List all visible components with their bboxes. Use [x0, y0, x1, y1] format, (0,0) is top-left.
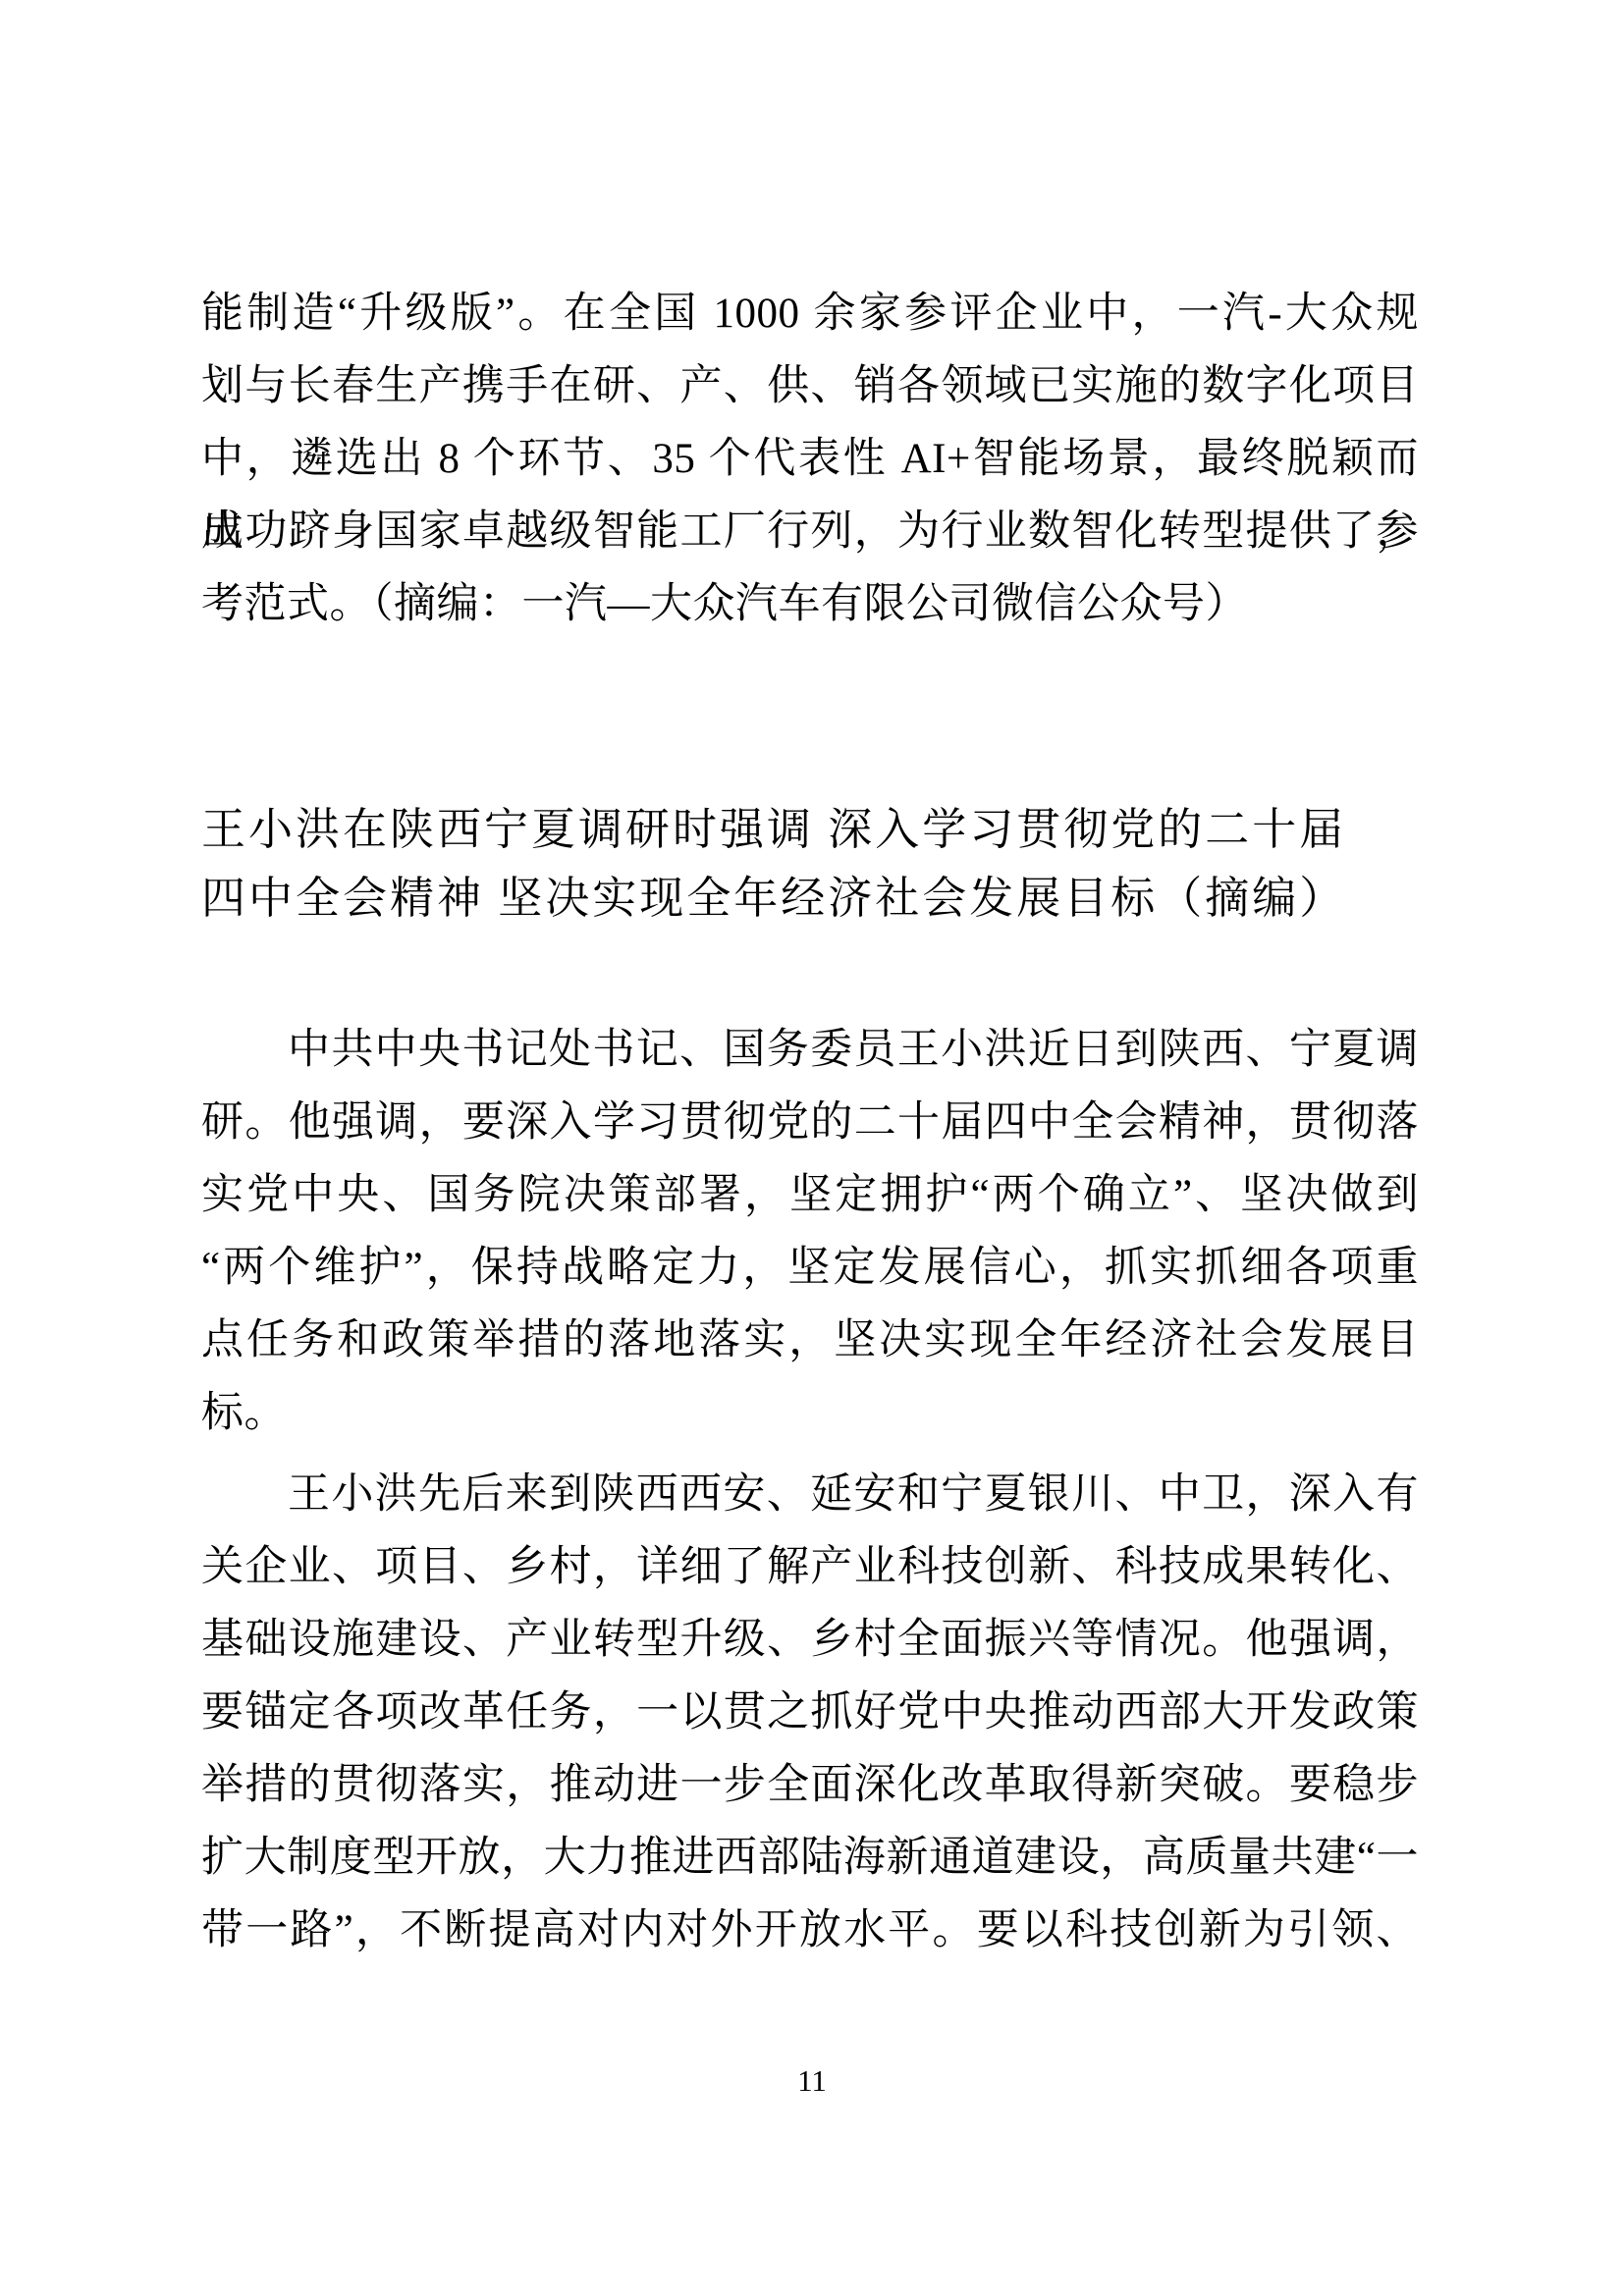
- text-line: 基础设施建设、产业转型升级、乡村全面振兴等情况。他强调，: [201, 1604, 1419, 1677]
- text-line: 研。他强调，要深入学习贯彻党的二十届四中全会精神，贯彻落: [201, 1087, 1419, 1159]
- page-number: 11: [0, 2059, 1624, 2103]
- paragraph-body-2: 王小洪先后来到陕西西安、延安和宁夏银川、中卫，深入有 关企业、项目、乡村，详细了…: [201, 1459, 1419, 1967]
- text-line: 举措的贯彻落实，推动进一步全面深化改革取得新突破。要稳步: [201, 1749, 1419, 1822]
- text-line: 标。: [201, 1377, 1419, 1450]
- paragraph-continuation: 能制造“升级版”。在全国 1000 余家参评企业中，一汽-大众规 划与长春生产携…: [201, 278, 1419, 641]
- text-line: 王小洪先后来到陕西西安、延安和宁夏银川、中卫，深入有: [201, 1459, 1419, 1531]
- text-line: 关企业、项目、乡村，详细了解产业科技创新、科技成果转化、: [201, 1531, 1419, 1604]
- text-line: 能制造“升级版”。在全国 1000 余家参评企业中，一汽-大众规: [201, 278, 1419, 350]
- text-line: 点任务和政策举措的落地落实，坚决实现全年经济社会发展目: [201, 1305, 1419, 1377]
- heading-line: 王小洪在陕西宁夏调研时强调 深入学习贯彻党的二十届: [201, 795, 1419, 864]
- text-line: 实党中央、国务院决策部署，坚定拥护“两个确立”、坚决做到: [201, 1159, 1419, 1232]
- article-heading: 王小洪在陕西宁夏调研时强调 深入学习贯彻党的二十届 四中全会精神 坚决实现全年经…: [201, 795, 1419, 933]
- paragraph-body-1: 中共中央书记处书记、国务委员王小洪近日到陕西、宁夏调 研。他强调，要深入学习贯彻…: [201, 1014, 1419, 1450]
- text-line: 成功跻身国家卓越级智能工厂行列，为行业数智化转型提供了参: [201, 496, 1419, 568]
- text-line: 扩大制度型开放，大力推进西部陆海新通道建设，高质量共建“一: [201, 1822, 1419, 1895]
- text-line: 考范式。（摘编：一汽—大众汽车有限公司微信公众号）: [201, 568, 1419, 641]
- text-line: 带一路”，不断提高对内对外开放水平。要以科技创新为引领、: [201, 1895, 1419, 1967]
- text-line: 中共中央书记处书记、国务委员王小洪近日到陕西、宁夏调: [201, 1014, 1419, 1087]
- text-line: “两个维护”，保持战略定力，坚定发展信心，抓实抓细各项重: [201, 1232, 1419, 1305]
- text-line: 中，遴选出 8 个环节、35 个代表性 AI+智能场景，最终脱颖而出，: [201, 423, 1419, 496]
- text-line: 要锚定各项改革任务，一以贯之抓好党中央推动西部大开发政策: [201, 1677, 1419, 1749]
- document-page: 能制造“升级版”。在全国 1000 余家参评企业中，一汽-大众规 划与长春生产携…: [0, 0, 1624, 2296]
- heading-line: 四中全会精神 坚决实现全年经济社会发展目标（摘编）: [201, 864, 1419, 933]
- text-line: 划与长春生产携手在研、产、供、销各领域已实施的数字化项目: [201, 350, 1419, 423]
